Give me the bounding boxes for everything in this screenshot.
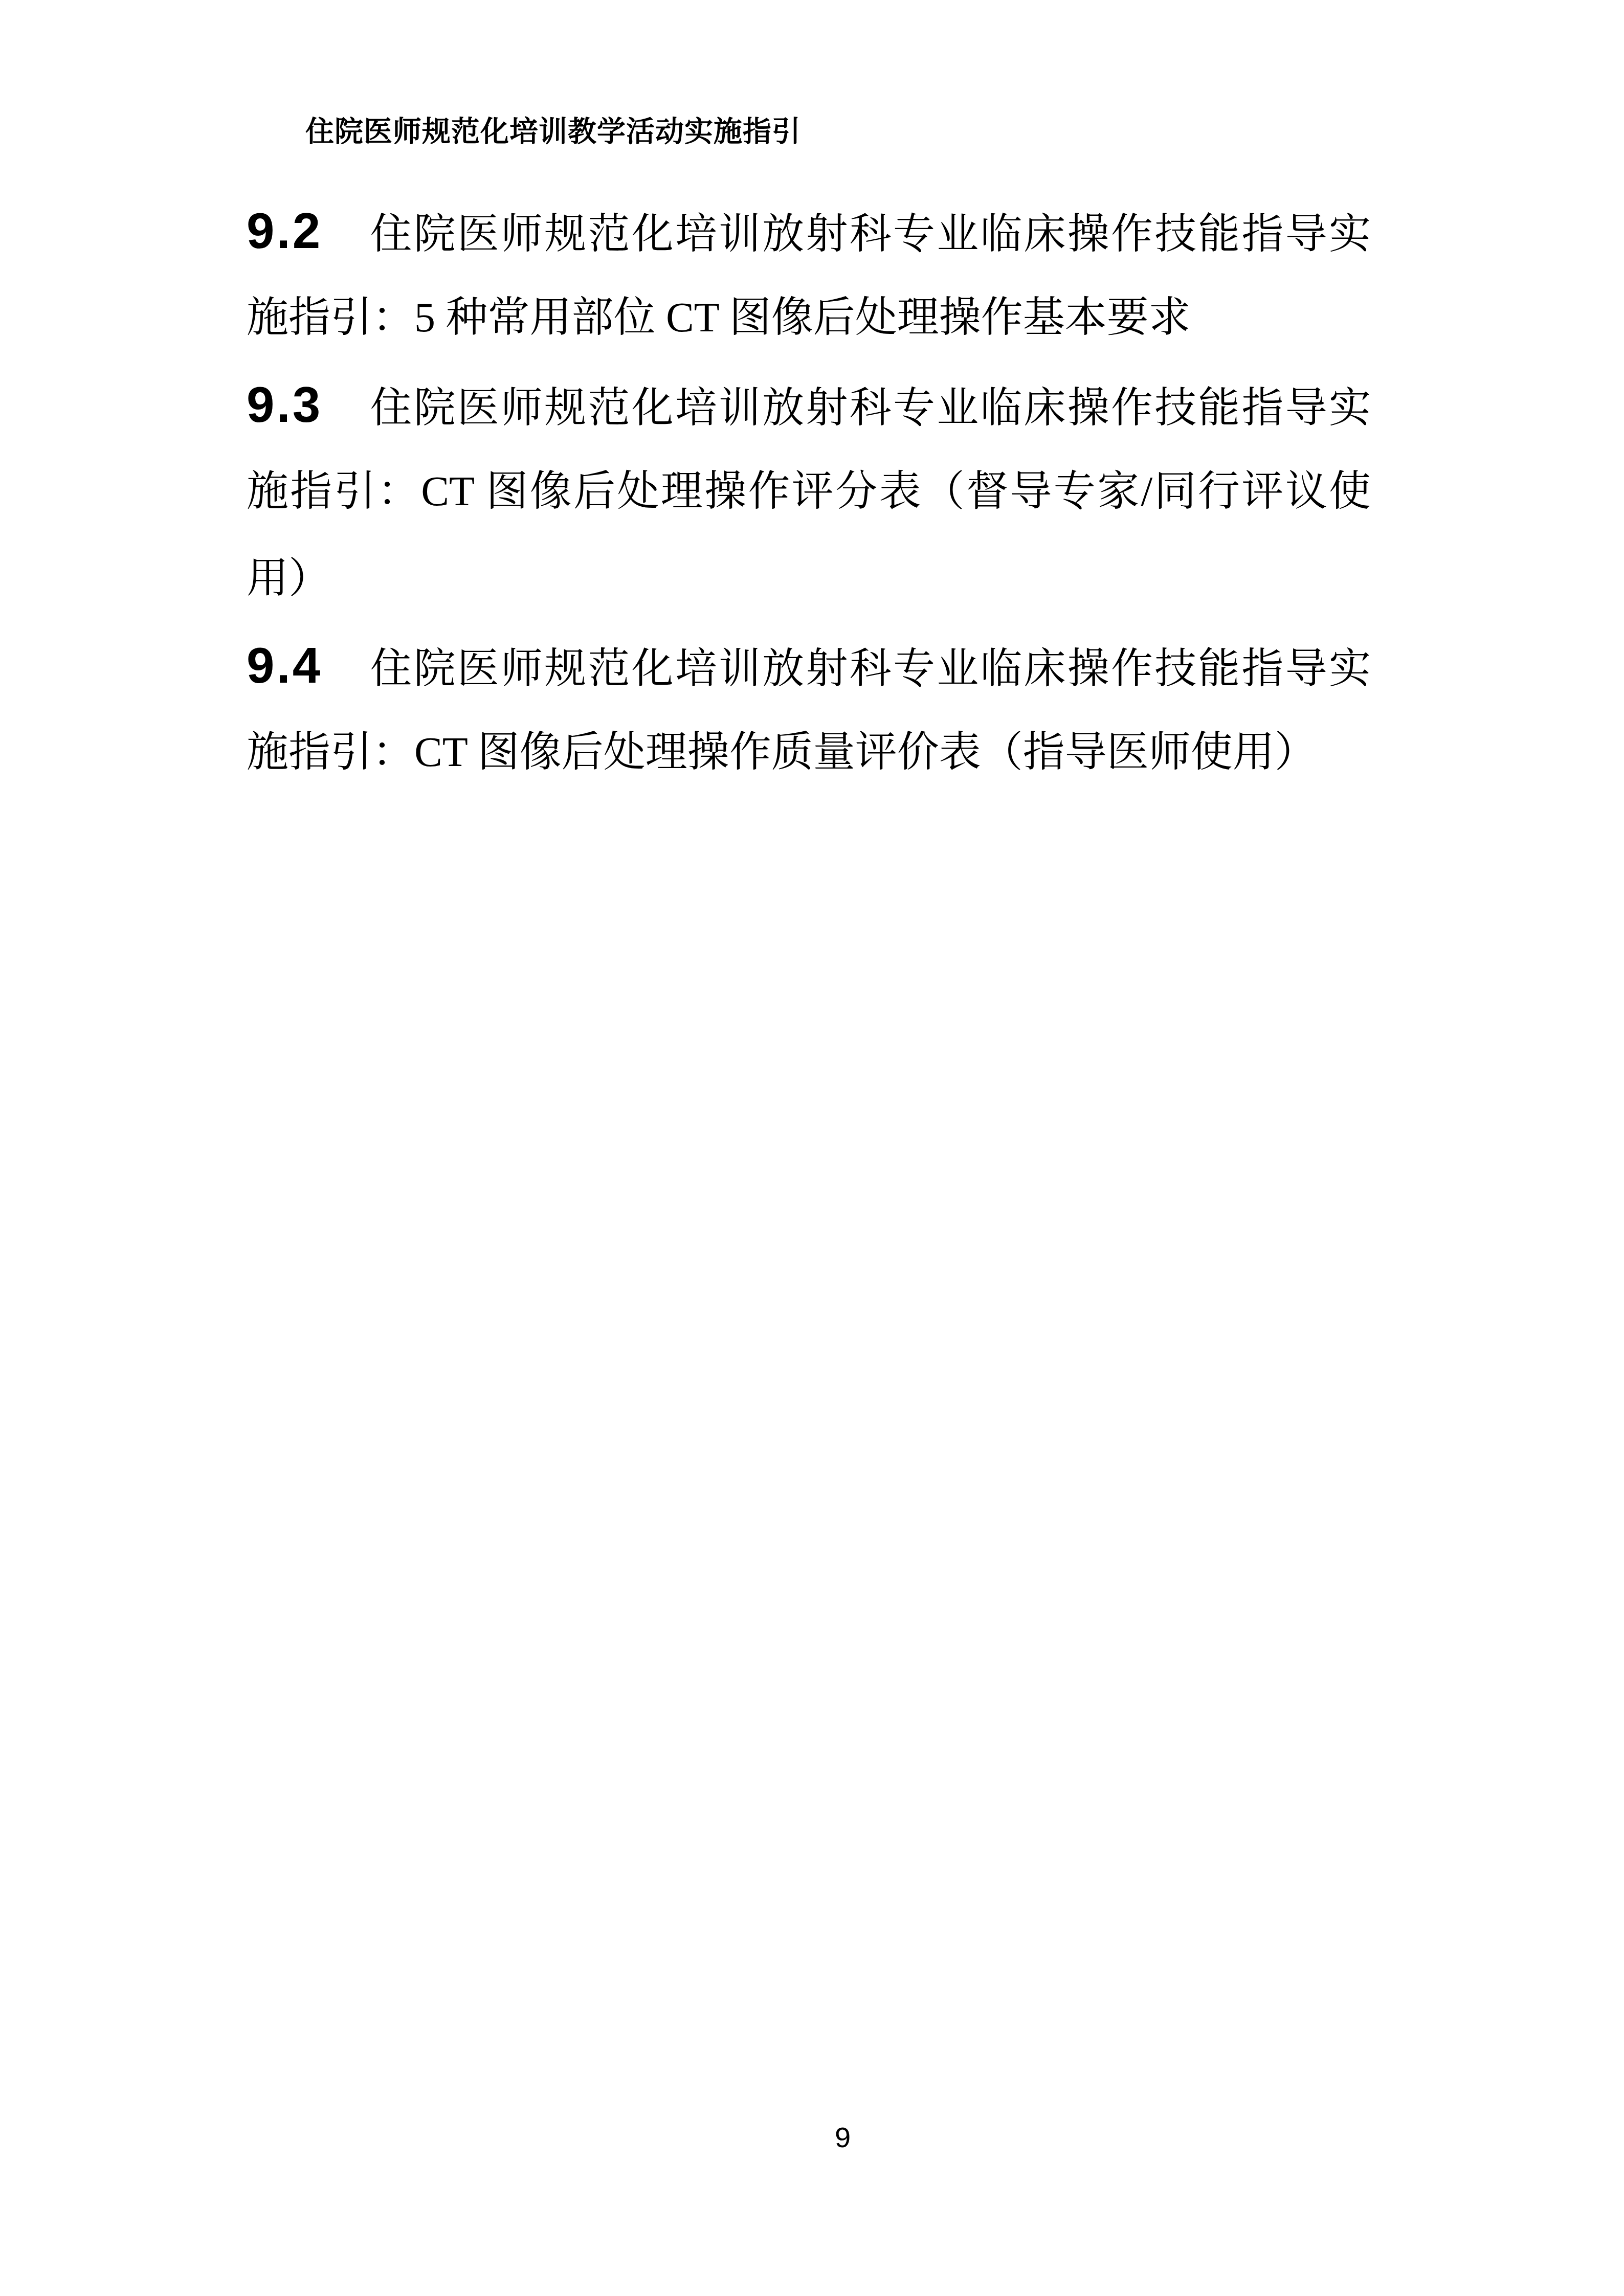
content-area: 9.2住院医师规范化培训放射科专业临床操作技能指导实 施指引：5 种常用部位 C… bbox=[247, 187, 1371, 796]
text-line: 施指引：CT 图像后处理操作质量评价表（指导医师使用） bbox=[247, 709, 1371, 796]
section-number: 9.3 bbox=[247, 376, 322, 433]
text-line: 用） bbox=[247, 535, 1371, 622]
text-line: 9.3住院医师规范化培训放射科专业临床操作技能指导实 bbox=[247, 361, 1371, 448]
page-footer: 9 bbox=[0, 2122, 1624, 2153]
section-title-text: 住院医师规范化培训放射科专业临床操作技能指导实 bbox=[368, 211, 1371, 257]
page-number: 9 bbox=[835, 2121, 851, 2153]
entry-9-4: 9.4住院医师规范化培训放射科专业临床操作技能指导实 施指引：CT 图像后处理操… bbox=[247, 622, 1371, 796]
section-title-text: 住院医师规范化培训放射科专业临床操作技能指导实 bbox=[368, 385, 1371, 431]
text-line: 施指引：CT 图像后处理操作评分表（督导专家/同行评议使 bbox=[247, 448, 1371, 535]
document-page: 住院医师规范化培训教学活动实施指引 9.2住院医师规范化培训放射科专业临床操作技… bbox=[0, 0, 1624, 2296]
section-number: 9.4 bbox=[247, 637, 322, 693]
section-number: 9.2 bbox=[247, 202, 322, 259]
text-line: 9.4住院医师规范化培训放射科专业临床操作技能指导实 bbox=[247, 622, 1371, 709]
text-line: 施指引：5 种常用部位 CT 图像后处理操作基本要求 bbox=[247, 274, 1371, 361]
section-title-text: 住院医师规范化培训放射科专业临床操作技能指导实 bbox=[368, 645, 1371, 692]
entry-9-2: 9.2住院医师规范化培训放射科专业临床操作技能指导实 施指引：5 种常用部位 C… bbox=[247, 187, 1371, 361]
text-line: 9.2住院医师规范化培训放射科专业临床操作技能指导实 bbox=[247, 187, 1371, 274]
running-header: 住院医师规范化培训教学活动实施指引 bbox=[305, 117, 801, 147]
entry-9-3: 9.3住院医师规范化培训放射科专业临床操作技能指导实 施指引：CT 图像后处理操… bbox=[247, 361, 1371, 622]
